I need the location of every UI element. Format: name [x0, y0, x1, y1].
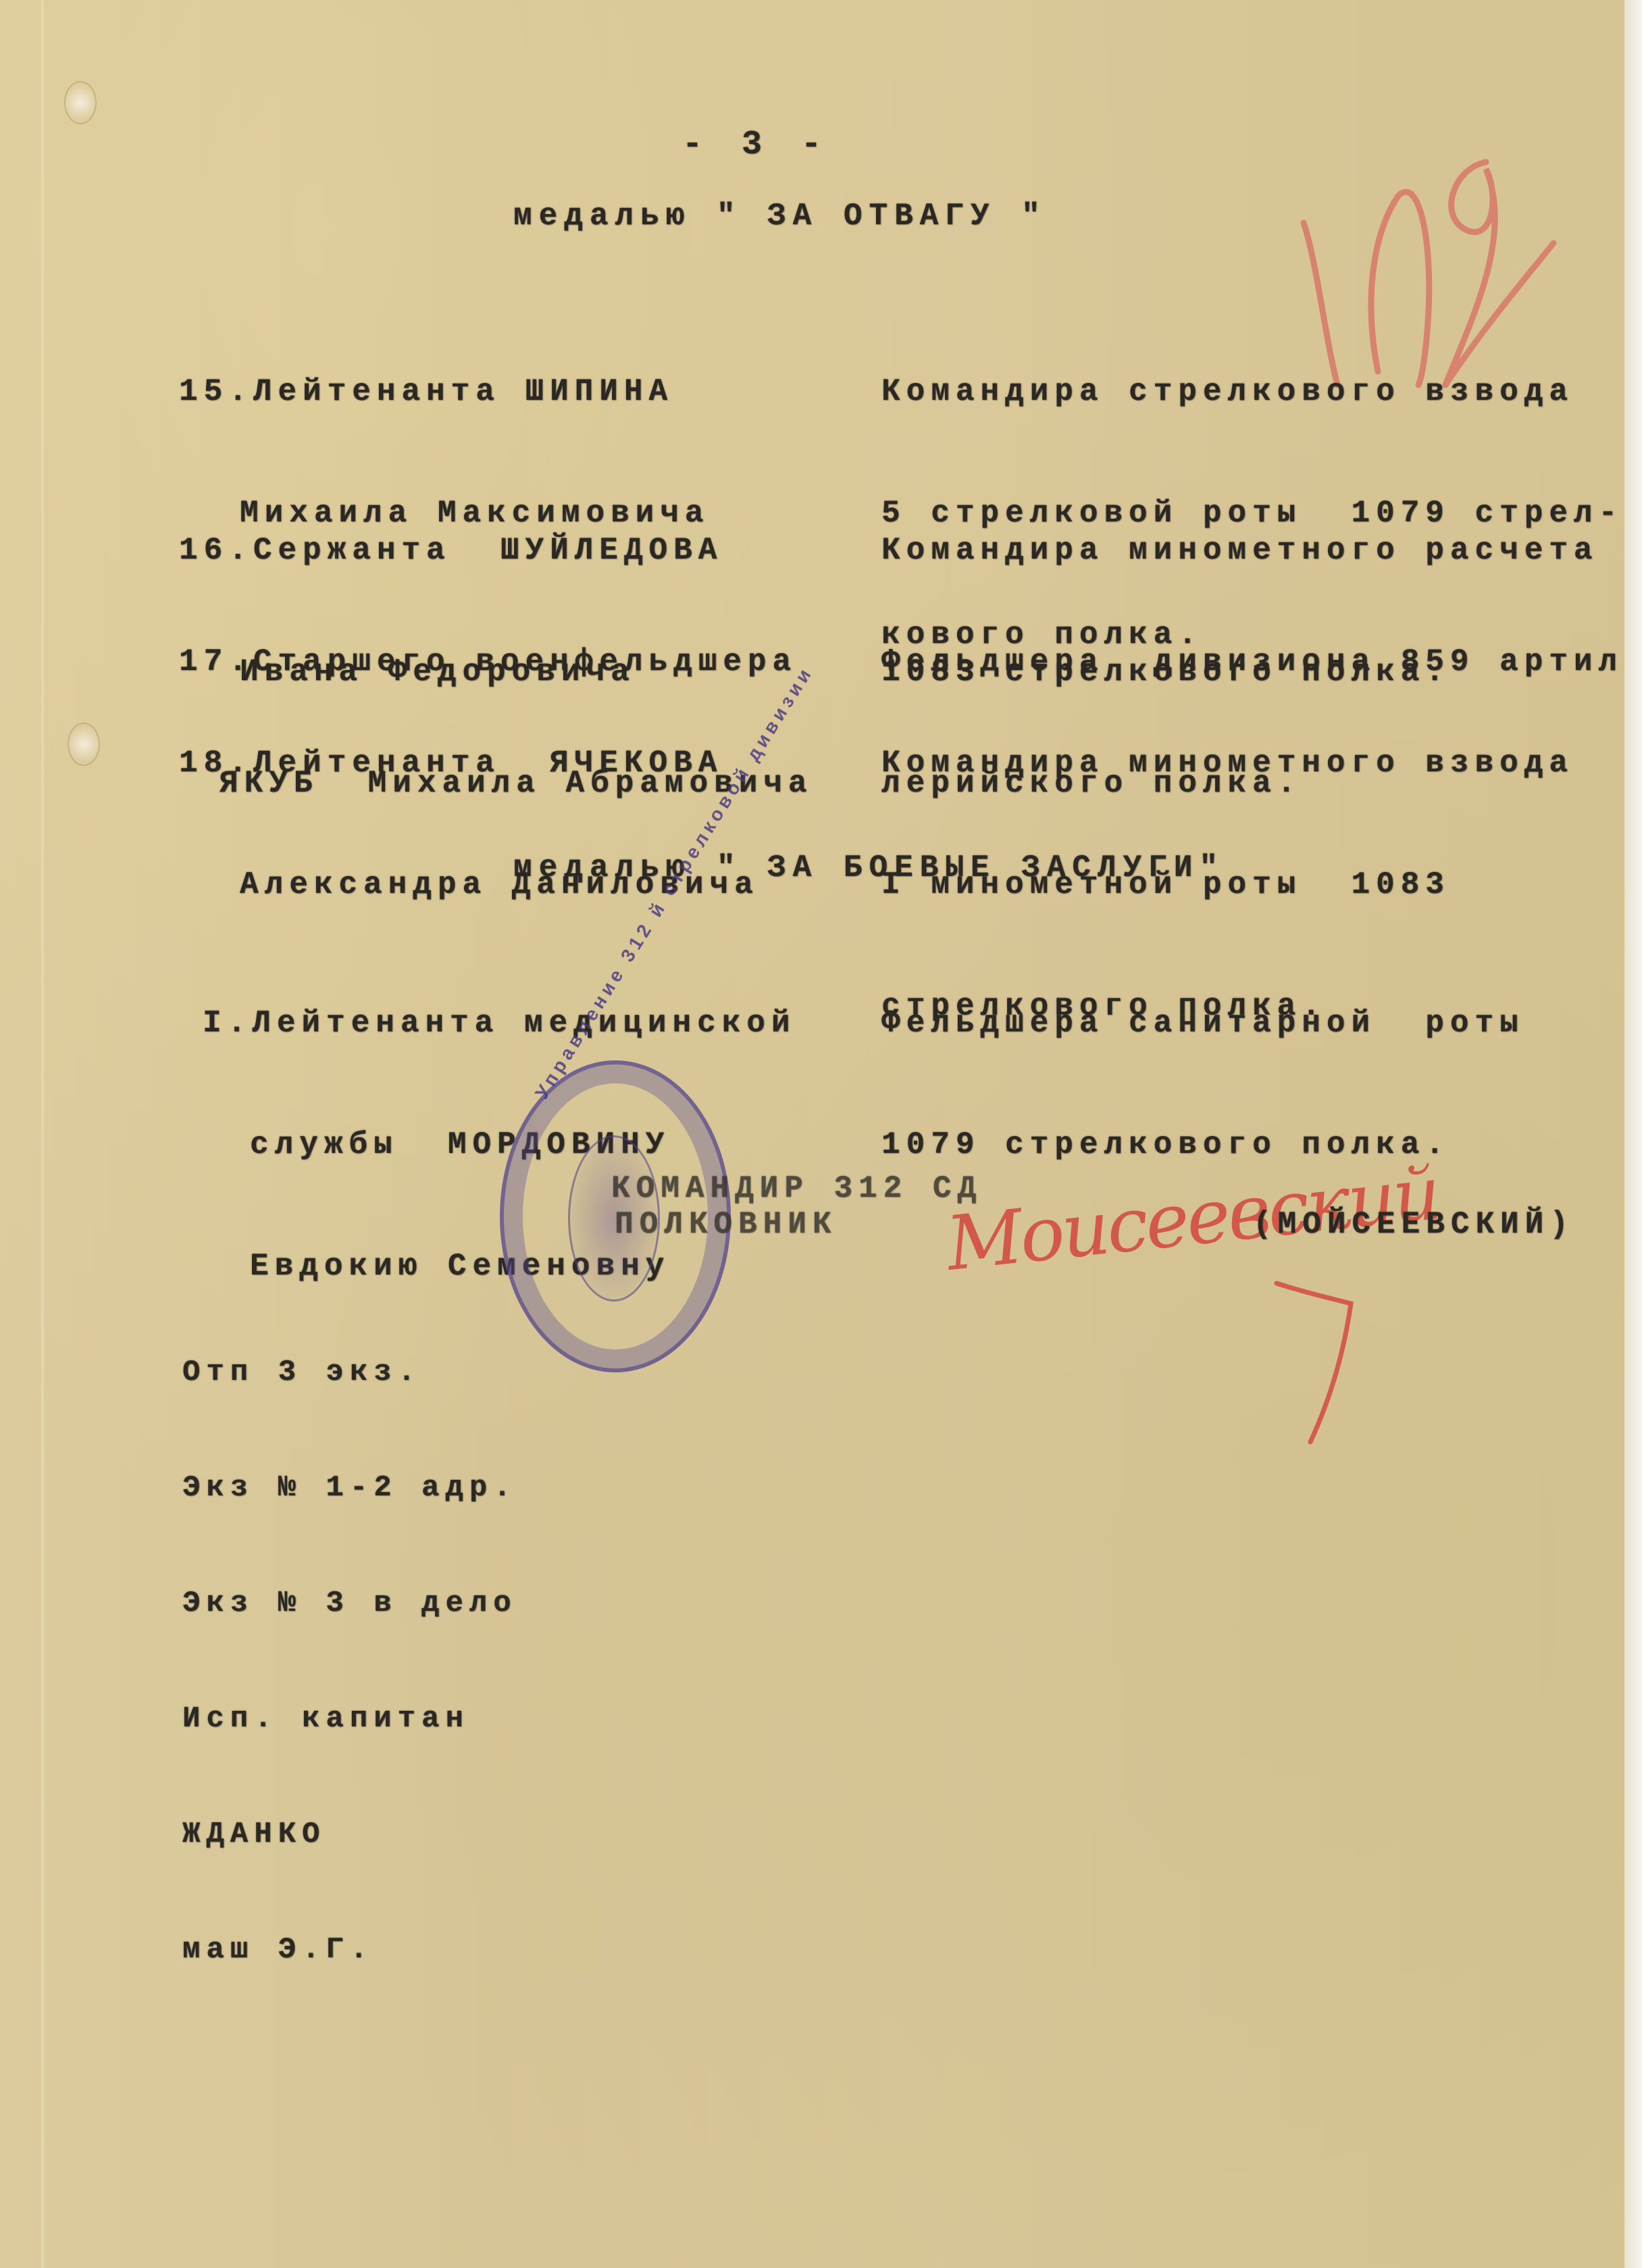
section-heading-za-otvagu: медалью " ЗА ОТВАГУ " — [513, 196, 1047, 236]
entry-number: 18. — [179, 746, 253, 781]
note-line: Экз № 1-2 адр. — [182, 1469, 517, 1507]
scan-edge — [1624, 0, 1642, 2268]
position-line: Командира стрелкового взвода — [881, 371, 1623, 412]
svg-text:102: 102 — [1283, 155, 1303, 159]
binding-hole-top — [64, 81, 97, 124]
position-line: Командира минометного взвода — [881, 743, 1574, 783]
signer-title: КОМАНДИР 312 СД — [611, 1168, 982, 1209]
entry-number: I. — [203, 1006, 252, 1041]
signer-rank: ПОЛКОВНИК — [615, 1204, 837, 1245]
distribution-notes: Отп 3 экз. Экз № 1-2 адр. Экз № 3 в дело… — [182, 1277, 517, 2008]
note-line: ЖДАНКО — [182, 1815, 517, 1854]
note-line: маш Э.Г. — [182, 1931, 517, 1969]
entry-number: 15. — [179, 374, 253, 409]
note-line: Экз № 3 в дело — [182, 1584, 517, 1623]
signature-flourish — [1270, 1270, 1364, 1445]
entry-name-line: Лейтенанта медицинской — [252, 1006, 796, 1041]
position-line: Фельдшера санитарной роты — [881, 1003, 1524, 1043]
section-heading-za-boevye-zaslugi: медалью " ЗА БОЕВЫЕ ЗАСЛУГИ" — [513, 848, 1225, 888]
note-line: Отп 3 экз. — [182, 1354, 517, 1392]
entry-name-line: Лейтенанта ШИПИНА — [253, 374, 673, 409]
entry-name-line: Лейтенанта ЯЧЕКОВА — [253, 746, 723, 781]
binding-hole-middle — [68, 723, 100, 766]
page-number: - 3 - — [682, 125, 831, 165]
signer-name: (МОЙСЕЕВСКИЙ) — [1253, 1204, 1574, 1245]
note-line: Исп. капитан — [182, 1700, 517, 1738]
paper-fold — [41, 0, 45, 2268]
